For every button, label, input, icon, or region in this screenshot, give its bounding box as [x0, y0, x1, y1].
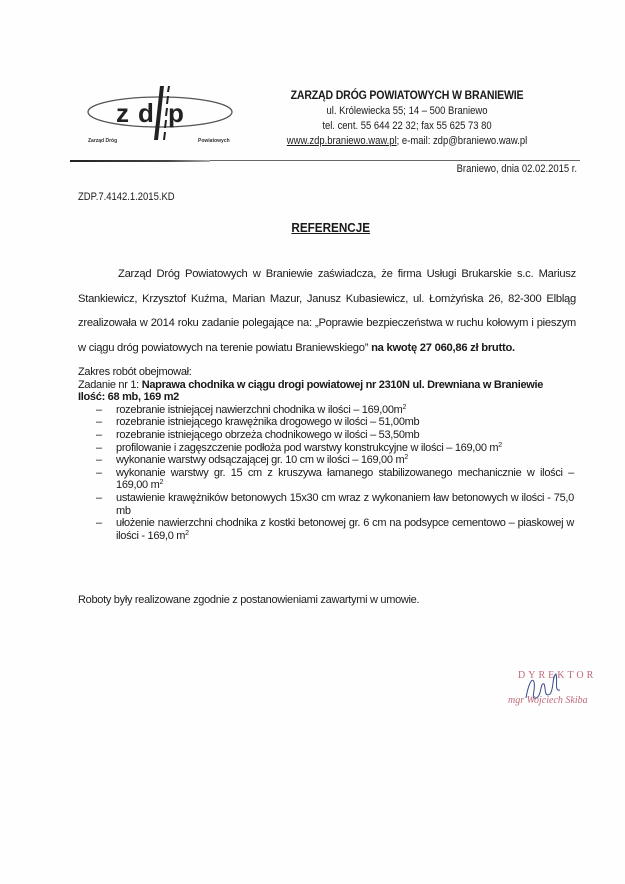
- unit-superscript: 2: [498, 442, 502, 449]
- scope-item: –rozebranie istniejącego obrzeża chodnik…: [78, 429, 574, 442]
- website-link[interactable]: www.zdp.braniewo.waw.pl: [287, 135, 397, 147]
- document-title-wrap: REFERENCJE: [0, 219, 625, 237]
- address: ul. Królewiecka 55; 14 – 500 Braniewo: [274, 105, 541, 117]
- dash-bullet-icon: –: [96, 404, 102, 417]
- contract-amount: na kwotę 27 060,86 zł brutto.: [368, 342, 515, 354]
- dash-bullet-icon: –: [96, 429, 102, 442]
- scope-item-text: wykonanie warstwy gr. 15 cm z kruszywa ł…: [116, 467, 574, 492]
- task-quantity: Ilość: 68 mb, 169 m2: [78, 391, 578, 404]
- scope-item: –ustawienie krawężników betonowych 15x30…: [78, 492, 574, 517]
- logo-mark-icon: z d p: [80, 82, 240, 144]
- scope-item-text: ustawienie krawężników betonowych 15x30 …: [116, 492, 574, 517]
- dash-bullet-icon: –: [96, 416, 102, 429]
- scope-item: –profilowanie i zagęszczenie podłoża pod…: [78, 442, 574, 455]
- closing-statement: Roboty były realizowane zgodnie z postan…: [78, 594, 419, 606]
- signature-stamp: DYREKTOR mgr Wojciech Skiba: [500, 668, 610, 716]
- dash-bullet-icon: –: [96, 492, 102, 505]
- organization-name: ZARZĄD DRÓG POWIATOWYCH W BRANIEWIE: [271, 88, 544, 102]
- document-title: REFERENCJE: [291, 220, 370, 235]
- email: ; e-mail: zdp@braniewo.waw.pl: [397, 135, 528, 147]
- task-name: Naprawa chodnika w ciągu drogi powiatowe…: [142, 379, 543, 391]
- date-line: Braniewo, dnia 02.02.2015 r.: [457, 163, 577, 175]
- document-page: z d p Zarząd Dróg Powiatowych ZARZĄD DRÓ…: [0, 0, 625, 884]
- contact-line: www.zdp.braniewo.waw.pl; e-mail: zdp@bra…: [274, 135, 541, 147]
- signatory-name: mgr Wojciech Skiba: [508, 695, 588, 706]
- task-prefix: Zadanie nr 1:: [78, 379, 142, 391]
- dash-bullet-icon: –: [96, 442, 102, 455]
- header-rule-accent: [70, 160, 210, 162]
- scope-intro: Zakres robót obejmował:: [78, 366, 578, 379]
- logo-caption-right: Powiatowych: [198, 138, 230, 144]
- reference-paragraph: Zarząd Dróg Powiatowych w Braniewie zaśw…: [78, 262, 576, 360]
- scope-item: –ułożenie nawierzchni chodnika z kostki …: [78, 517, 574, 542]
- svg-text:z: z: [116, 98, 129, 128]
- scope-item-text: rozebranie istniejącej nawierzchni chodn…: [116, 404, 403, 416]
- unit-superscript: 2: [403, 404, 407, 411]
- dash-bullet-icon: –: [96, 517, 102, 530]
- unit-superscript: 2: [185, 530, 189, 537]
- dash-bullet-icon: –: [96, 454, 102, 467]
- scope-items: –rozebranie istniejącej nawierzchni chod…: [78, 404, 578, 543]
- scope-item: –rozebranie istniejącej nawierzchni chod…: [78, 404, 574, 417]
- unit-superscript: 2: [404, 454, 408, 461]
- reference-number: ZDP.7.4142.1.2015.KD: [78, 191, 175, 203]
- letterhead: ZARZĄD DRÓG POWIATOWYCH W BRANIEWIE ul. …: [252, 88, 562, 147]
- scope-item-text: profilowanie i zagęszczenie podłoża pod …: [116, 442, 498, 454]
- scope-of-work: Zakres robót obejmował: Zadanie nr 1: Na…: [78, 366, 578, 542]
- scope-item-text: rozebranie istniejącego krawężnika drogo…: [116, 416, 419, 428]
- logo-caption-left: Zarząd Dróg: [88, 138, 117, 144]
- svg-text:p: p: [168, 98, 184, 128]
- task-line: Zadanie nr 1: Naprawa chodnika w ciągu d…: [78, 379, 578, 392]
- unit-superscript: 2: [159, 479, 163, 486]
- phone-fax: tel. cent. 55 644 22 32; fax 55 625 73 8…: [274, 120, 541, 132]
- dash-bullet-icon: –: [96, 467, 102, 480]
- scope-item: –rozebranie istniejącego krawężnika drog…: [78, 416, 574, 429]
- scope-item-text: wykonanie warstwy odsączającej gr. 10 cm…: [116, 454, 404, 466]
- scope-item-text: rozebranie istniejącego obrzeża chodniko…: [116, 429, 419, 441]
- zdp-logo: z d p Zarząd Dróg Powiatowych: [80, 82, 240, 144]
- scope-item: –wykonanie warstwy gr. 15 cm z kruszywa …: [78, 467, 574, 492]
- header-rule: [210, 160, 580, 161]
- scope-item: –wykonanie warstwy odsączającej gr. 10 c…: [78, 454, 574, 467]
- svg-text:d: d: [138, 98, 154, 128]
